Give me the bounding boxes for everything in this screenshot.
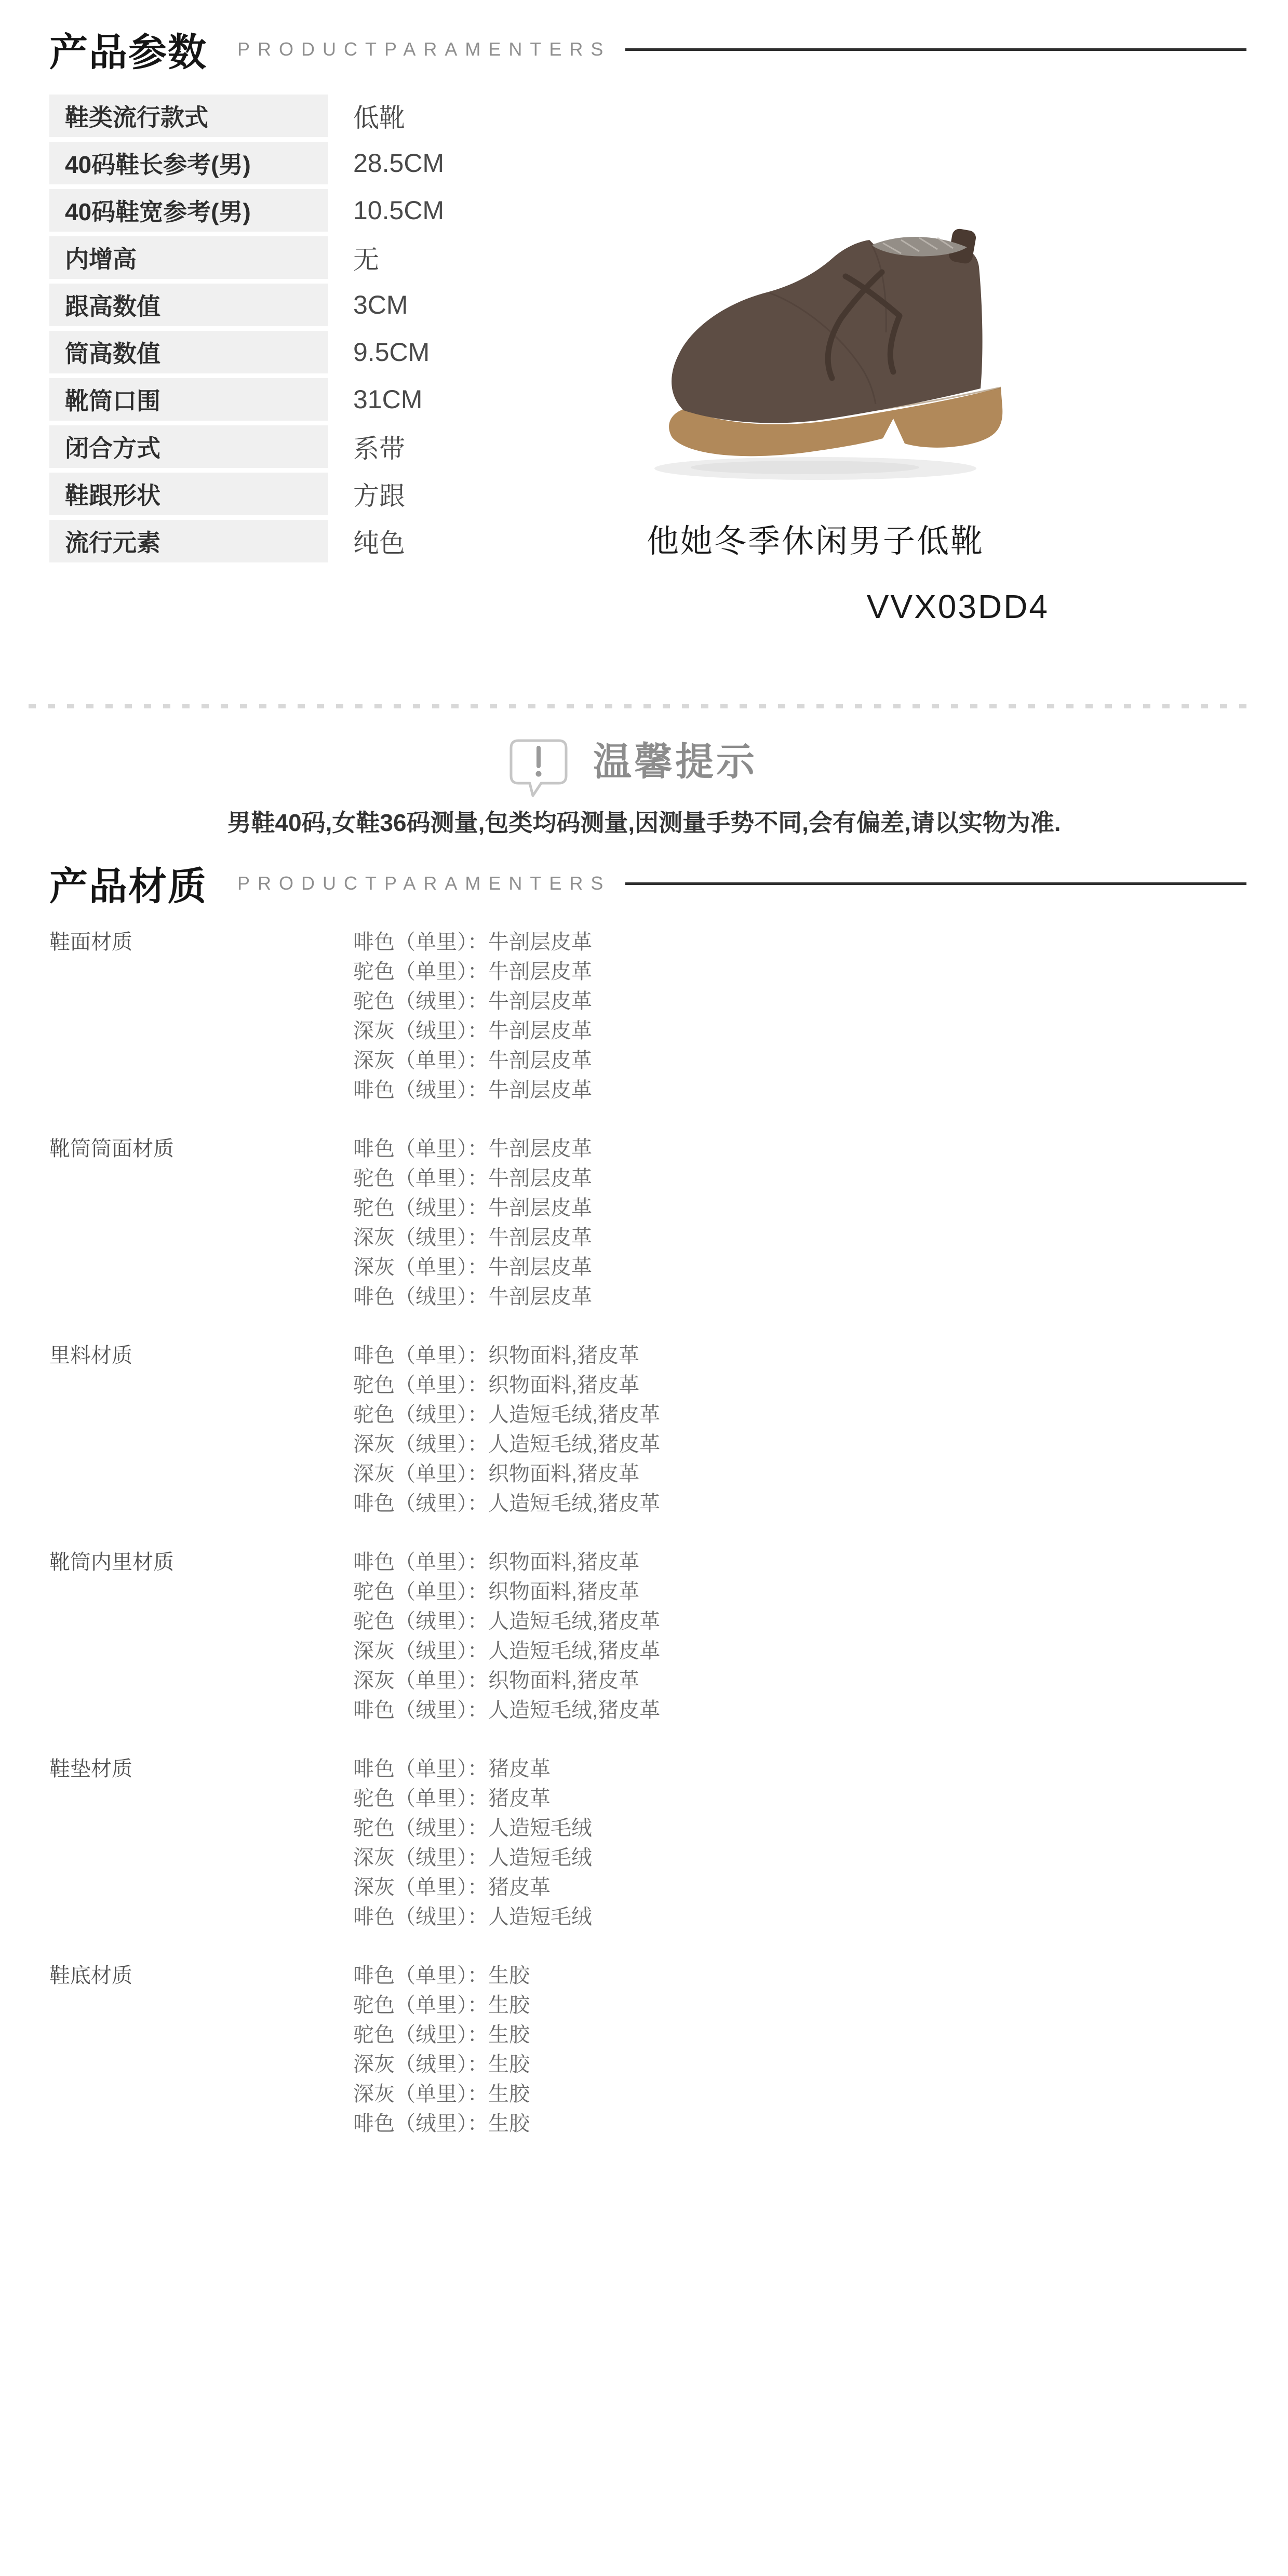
tips-title: 温馨提示 xyxy=(593,731,757,786)
material-line: 啡色（单里）：牛剖层皮革 xyxy=(353,928,592,957)
table-row: 靴筒口围 31CM xyxy=(49,378,444,421)
param-label: 内增高 xyxy=(49,236,328,279)
product-image xyxy=(639,229,1034,488)
material-group-label: 靴筒内里材质 xyxy=(49,1548,353,1725)
material-line: 啡色（单里）：织物面料,猪皮革 xyxy=(353,1548,660,1577)
params-section-title: 产品参数 xyxy=(49,22,207,77)
parameters-table: 鞋类流行款式 低靴 40码鞋长参考(男) 28.5CM 40码鞋宽参考(男) 1… xyxy=(49,95,444,567)
material-line: 啡色（绒里）：人造短毛绒,猪皮革 xyxy=(353,1489,660,1519)
param-label: 靴筒口围 xyxy=(49,378,328,421)
material-group: 鞋底材质 啡色（单里）：生胶 驼色（单里）：生胶 驼色（绒里）：生胶 深灰（绒里… xyxy=(49,1961,660,2139)
param-label: 流行元素 xyxy=(49,520,328,562)
material-line: 驼色（单里）：猪皮革 xyxy=(353,1784,592,1814)
param-value: 28.5CM xyxy=(328,142,444,184)
param-label: 鞋跟形状 xyxy=(49,473,328,515)
table-row: 筒高数值 9.5CM xyxy=(49,331,444,373)
param-label: 40码鞋宽参考(男) xyxy=(49,189,328,232)
material-line: 驼色（绒里）：人造短毛绒,猪皮革 xyxy=(353,1607,660,1636)
header-rule xyxy=(625,48,1246,51)
header-rule xyxy=(625,882,1246,885)
param-value: 低靴 xyxy=(328,95,405,137)
material-line: 啡色（绒里）：牛剖层皮革 xyxy=(353,1076,592,1105)
param-value: 方跟 xyxy=(328,473,405,515)
tips-note: 男鞋40码,女鞋36码测量,包类均码测量,因测量手势不同,会有偏差,请以实物为准… xyxy=(0,804,1288,838)
boot-upper xyxy=(672,238,982,423)
material-group-label: 里料材质 xyxy=(49,1341,353,1519)
material-lines: 啡色（单里）：织物面料,猪皮革 驼色（单里）：织物面料,猪皮革 驼色（绒里）：人… xyxy=(353,1341,660,1519)
material-line: 深灰（绒里）：人造短毛绒 xyxy=(353,1843,592,1873)
exclamation-bubble-icon xyxy=(508,737,569,799)
param-label: 跟高数值 xyxy=(49,284,328,326)
material-line: 深灰（单里）：生胶 xyxy=(353,2079,530,2109)
material-line: 驼色（单里）：织物面料,猪皮革 xyxy=(353,1577,660,1607)
dashed-divider xyxy=(29,704,1258,708)
param-label: 筒高数值 xyxy=(49,331,328,373)
material-line: 深灰（单里）：猪皮革 xyxy=(353,1873,592,1902)
material-line: 深灰（绒里）：人造短毛绒,猪皮革 xyxy=(353,1430,660,1459)
material-line: 深灰（绒里）：牛剖层皮革 xyxy=(353,1223,592,1253)
param-value: 纯色 xyxy=(328,520,405,562)
material-group: 鞋垫材质 啡色（单里）：猪皮革 驼色（单里）：猪皮革 驼色（绒里）：人造短毛绒 … xyxy=(49,1754,660,1932)
material-line: 啡色（绒里）：生胶 xyxy=(353,2109,530,2139)
material-line: 驼色（绒里）：牛剖层皮革 xyxy=(353,1193,592,1223)
material-line: 啡色（单里）：生胶 xyxy=(353,1961,530,1991)
params-section-subtitle: PRODUCTPARAMENTERS xyxy=(237,38,611,60)
table-row: 鞋类流行款式 低靴 xyxy=(49,95,444,137)
param-value: 无 xyxy=(328,236,379,279)
product-title-block: 他她冬季休闲男子低靴 VVX03DD4 xyxy=(647,515,1049,626)
param-value: 10.5CM xyxy=(328,189,444,232)
material-group: 鞋面材质 啡色（单里）：牛剖层皮革 驼色（单里）：牛剖层皮革 驼色（绒里）：牛剖… xyxy=(49,928,660,1105)
materials-list: 鞋面材质 啡色（单里）：牛剖层皮革 驼色（单里）：牛剖层皮革 驼色（绒里）：牛剖… xyxy=(49,928,660,2168)
section-header-materials: 产品材质 PRODUCTPARAMENTERS xyxy=(49,856,1246,911)
material-line: 啡色（单里）：猪皮革 xyxy=(353,1754,592,1784)
material-lines: 啡色（单里）：织物面料,猪皮革 驼色（单里）：织物面料,猪皮革 驼色（绒里）：人… xyxy=(353,1548,660,1725)
material-lines: 啡色（单里）：牛剖层皮革 驼色（单里）：牛剖层皮革 驼色（绒里）：牛剖层皮革 深… xyxy=(353,1134,592,1312)
table-row: 40码鞋宽参考(男) 10.5CM xyxy=(49,189,444,232)
param-label: 40码鞋长参考(男) xyxy=(49,142,328,184)
product-name: 他她冬季休闲男子低靴 xyxy=(647,515,1049,561)
materials-section-title: 产品材质 xyxy=(49,856,207,911)
material-group-label: 鞋底材质 xyxy=(49,1961,353,2139)
material-group: 靴筒内里材质 啡色（单里）：织物面料,猪皮革 驼色（单里）：织物面料,猪皮革 驼… xyxy=(49,1548,660,1725)
material-line: 驼色（单里）：织物面料,猪皮革 xyxy=(353,1371,660,1400)
param-label: 鞋类流行款式 xyxy=(49,95,328,137)
material-line: 驼色（单里）：生胶 xyxy=(353,1991,530,2020)
material-line: 深灰（绒里）：生胶 xyxy=(353,2050,530,2079)
material-line: 啡色（绒里）：人造短毛绒 xyxy=(353,1902,592,1932)
table-row: 40码鞋长参考(男) 28.5CM xyxy=(49,142,444,184)
material-line: 深灰（绒里）：人造短毛绒,猪皮革 xyxy=(353,1636,660,1666)
material-line: 啡色（绒里）：人造短毛绒,猪皮革 xyxy=(353,1696,660,1725)
material-line: 啡色（单里）：牛剖层皮革 xyxy=(353,1134,592,1164)
material-group: 里料材质 啡色（单里）：织物面料,猪皮革 驼色（单里）：织物面料,猪皮革 驼色（… xyxy=(49,1341,660,1519)
table-row: 内增高 无 xyxy=(49,236,444,279)
material-line: 深灰（单里）：牛剖层皮革 xyxy=(353,1046,592,1076)
material-line: 驼色（绒里）：生胶 xyxy=(353,2020,530,2050)
param-value: 系带 xyxy=(328,425,405,468)
material-group-label: 鞋垫材质 xyxy=(49,1754,353,1932)
material-line: 啡色（绒里）：牛剖层皮革 xyxy=(353,1282,592,1312)
param-value: 31CM xyxy=(328,378,422,421)
material-group-label: 鞋面材质 xyxy=(49,928,353,1105)
material-group-label: 靴筒筒面材质 xyxy=(49,1134,353,1312)
table-row: 流行元素 纯色 xyxy=(49,520,444,562)
section-header-params: 产品参数 PRODUCTPARAMENTERS xyxy=(49,22,1246,77)
table-row: 闭合方式 系带 xyxy=(49,425,444,468)
param-label: 闭合方式 xyxy=(49,425,328,468)
material-group: 靴筒筒面材质 啡色（单里）：牛剖层皮革 驼色（单里）：牛剖层皮革 驼色（绒里）：… xyxy=(49,1134,660,1312)
material-line: 驼色（绒里）：牛剖层皮革 xyxy=(353,987,592,1016)
product-detail-page: { "header_params": { "title": "产品参数", "s… xyxy=(0,0,1288,2576)
material-line: 深灰（绒里）：牛剖层皮革 xyxy=(353,1016,592,1046)
material-line: 驼色（单里）：牛剖层皮革 xyxy=(353,1164,592,1193)
product-code: VVX03DD4 xyxy=(647,587,1049,626)
material-line: 驼色（绒里）：人造短毛绒,猪皮革 xyxy=(353,1400,660,1430)
param-value: 9.5CM xyxy=(328,331,430,373)
material-line: 深灰（单里）：织物面料,猪皮革 xyxy=(353,1459,660,1489)
material-line: 驼色（单里）：牛剖层皮革 xyxy=(353,957,592,987)
material-line: 驼色（绒里）：人造短毛绒 xyxy=(353,1814,592,1843)
table-row: 跟高数值 3CM xyxy=(49,284,444,326)
material-line: 深灰（单里）：牛剖层皮革 xyxy=(353,1253,592,1282)
materials-section-subtitle: PRODUCTPARAMENTERS xyxy=(237,873,611,894)
material-lines: 啡色（单里）：猪皮革 驼色（单里）：猪皮革 驼色（绒里）：人造短毛绒 深灰（绒里… xyxy=(353,1754,592,1932)
material-lines: 啡色（单里）：生胶 驼色（单里）：生胶 驼色（绒里）：生胶 深灰（绒里）：生胶 … xyxy=(353,1961,530,2139)
param-value: 3CM xyxy=(328,284,408,326)
material-line: 啡色（单里）：织物面料,猪皮革 xyxy=(353,1341,660,1371)
table-row: 鞋跟形状 方跟 xyxy=(49,473,444,515)
material-line: 深灰（单里）：织物面料,猪皮革 xyxy=(353,1666,660,1696)
material-lines: 啡色（单里）：牛剖层皮革 驼色（单里）：牛剖层皮革 驼色（绒里）：牛剖层皮革 深… xyxy=(353,928,592,1105)
